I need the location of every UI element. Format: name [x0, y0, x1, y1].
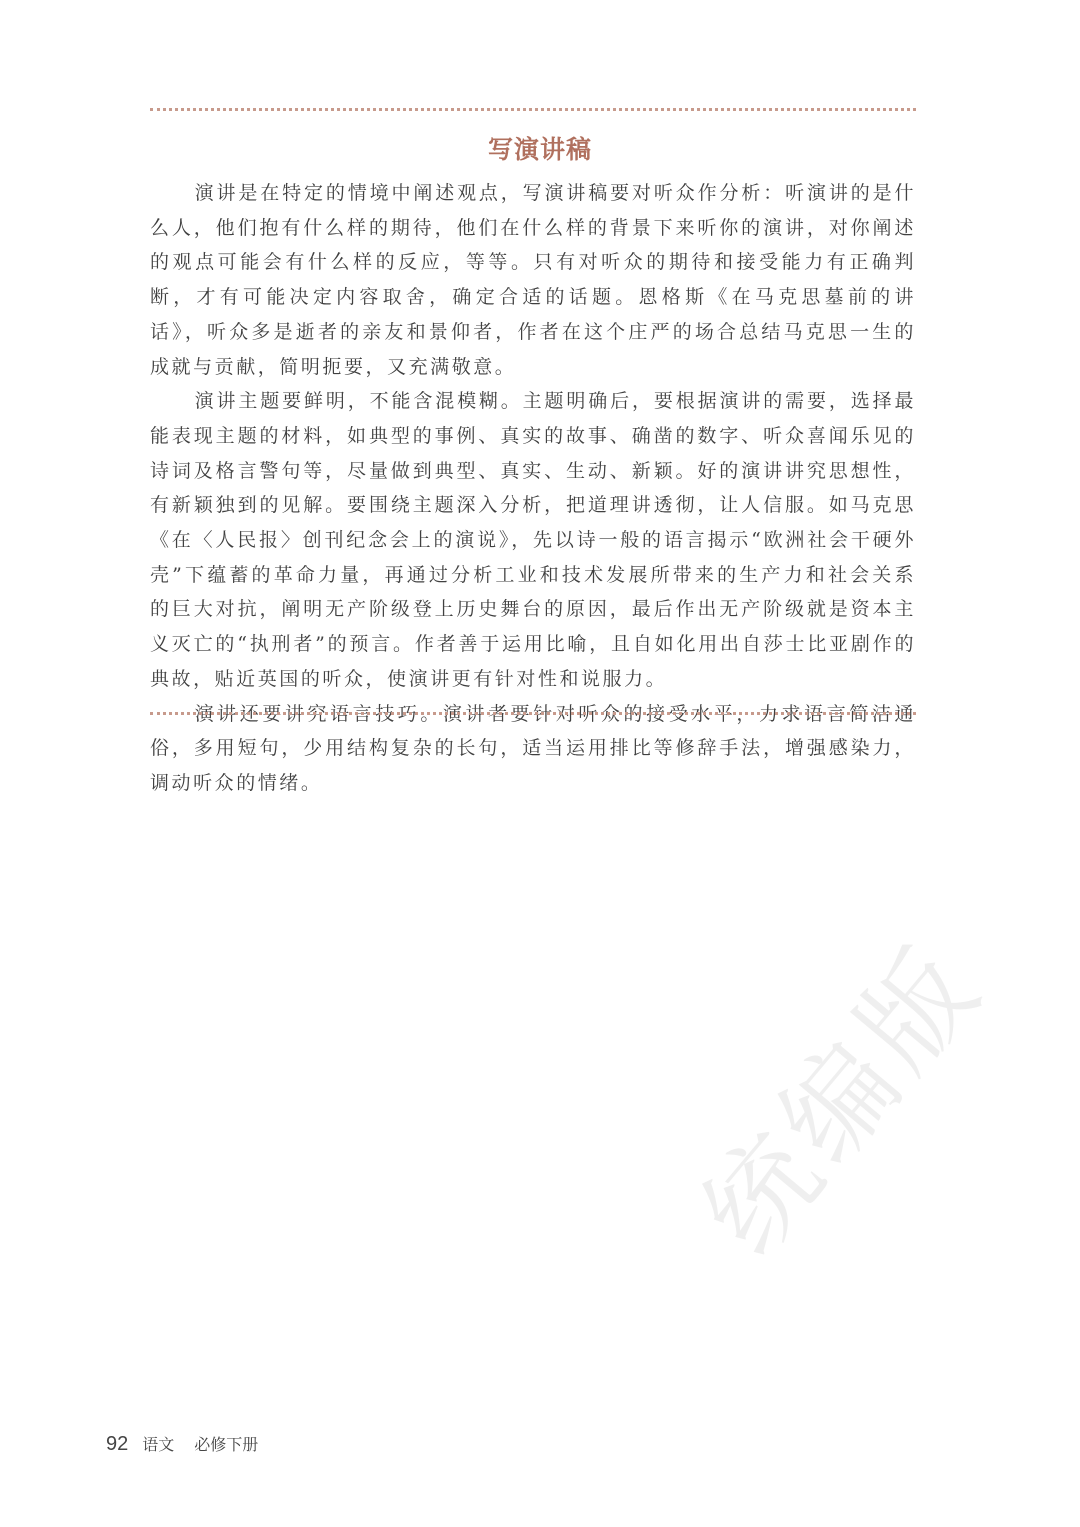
top-dotted-divider: [150, 108, 916, 111]
section-title: 写演讲稿: [0, 130, 1080, 166]
book-volume: 必修下册: [194, 1432, 258, 1455]
paragraph-2: 演讲主题要鲜明，不能含混模糊。主题明确后，要根据演讲的需要，选择最能表现主题的材…: [150, 384, 916, 696]
watermark: 统编版: [660, 904, 1012, 1281]
page-footer: 92 语文 必修下册: [106, 1432, 258, 1456]
bottom-dotted-divider: [150, 712, 916, 715]
section-body: 演讲是在特定的情境中阐述观点，写演讲稿要对听众作分析：听演讲的是什么人，他们抱有…: [150, 176, 916, 801]
paragraph-1: 演讲是在特定的情境中阐述观点，写演讲稿要对听众作分析：听演讲的是什么人，他们抱有…: [150, 176, 916, 384]
book-subject: 语文: [142, 1432, 174, 1455]
page-number: 92: [106, 1433, 128, 1456]
